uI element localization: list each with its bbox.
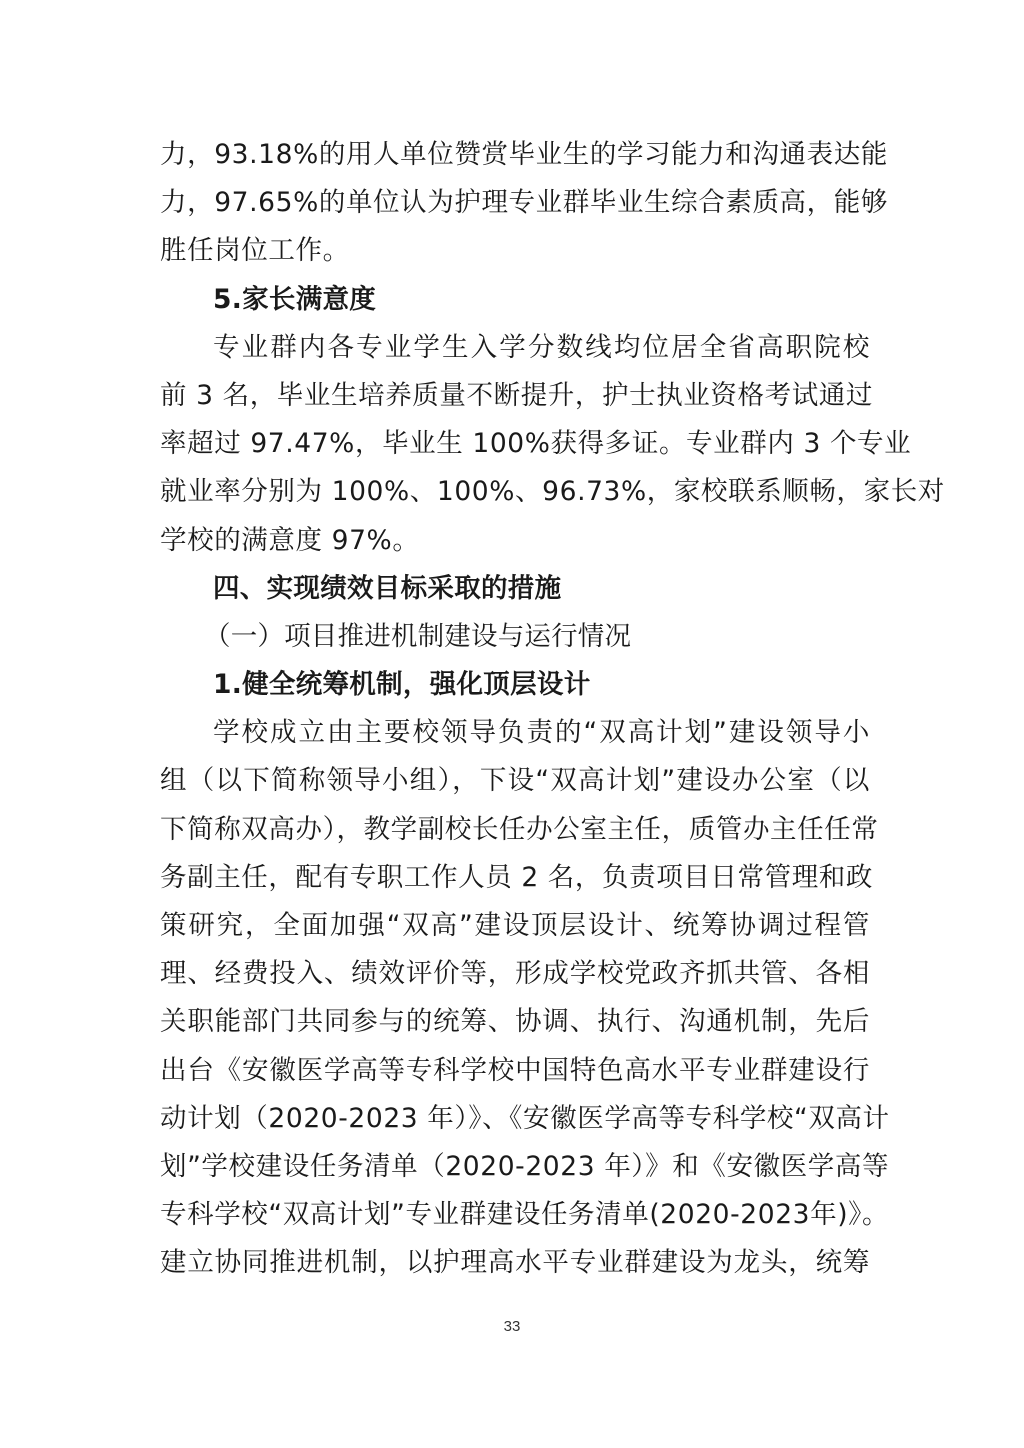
body-text-line: 划”学校建设任务清单（2020-2023 年）》和《安徽医学高等: [160, 1143, 870, 1191]
body-text-line: 学校的满意度 97%。: [160, 517, 870, 565]
body-text-line: 学校成立由主要校领导负责的“双高计划”建设领导小: [160, 709, 870, 757]
body-text-line: 力，97.65%的单位认为护理专业群毕业生综合素质高，能够: [160, 179, 870, 227]
body-text-line: 关职能部门共同参与的统筹、协调、执行、沟通机制，先后: [160, 998, 870, 1046]
body-text-line: 前 3 名，毕业生培养质量不断提升，护士执业资格考试通过: [160, 372, 870, 420]
body-text-line: 出台《安徽医学高等专科学校中国特色高水平专业群建设行: [160, 1047, 870, 1095]
body-text-line: 建立协同推进机制，以护理高水平专业群建设为龙头，统筹: [160, 1239, 870, 1287]
page-number: 33: [0, 1318, 1024, 1335]
body-text-line: 胜任岗位工作。: [160, 227, 870, 275]
section-heading-parent-satisfaction: 5.家长满意度: [160, 276, 870, 324]
subsection-heading-mechanism: （一）项目推进机制建设与运行情况: [160, 613, 870, 661]
body-text-line: 理、经费投入、绩效评价等，形成学校党政齐抓共管、各相: [160, 950, 870, 998]
body-text-line: 策研究，全面加强“双高”建设顶层设计、统筹协调过程管: [160, 902, 870, 950]
body-text-line: 动计划（2020-2023 年）》、《安徽医学高等专科学校“双高计: [160, 1095, 870, 1143]
body-text-line: 下简称双高办），教学副校长任办公室主任，质管办主任任常: [160, 806, 870, 854]
body-text-line: 组（以下简称领导小组），下设“双高计划”建设办公室（以: [160, 757, 870, 805]
chapter-heading-measures: 四、实现绩效目标采取的措施: [160, 565, 870, 613]
section-heading-coordination: 1.健全统筹机制，强化顶层设计: [160, 661, 870, 709]
body-text-line: 专科学校“双高计划”专业群建设任务清单(2020-2023年)》。: [160, 1191, 870, 1239]
body-text-line: 专业群内各专业学生入学分数线均位居全省高职院校: [160, 324, 870, 372]
document-page: 力，93.18%的用人单位赞赏毕业生的学习能力和沟通表达能 力，97.65%的单…: [160, 131, 870, 1288]
body-text-line: 务副主任，配有专职工作人员 2 名，负责项目日常管理和政: [160, 854, 870, 902]
body-text-line: 力，93.18%的用人单位赞赏毕业生的学习能力和沟通表达能: [160, 131, 870, 179]
body-text-line: 率超过 97.47%，毕业生 100%获得多证。专业群内 3 个专业: [160, 420, 870, 468]
body-text-line: 就业率分别为 100%、100%、96.73%，家校联系顺畅，家长对: [160, 468, 870, 516]
